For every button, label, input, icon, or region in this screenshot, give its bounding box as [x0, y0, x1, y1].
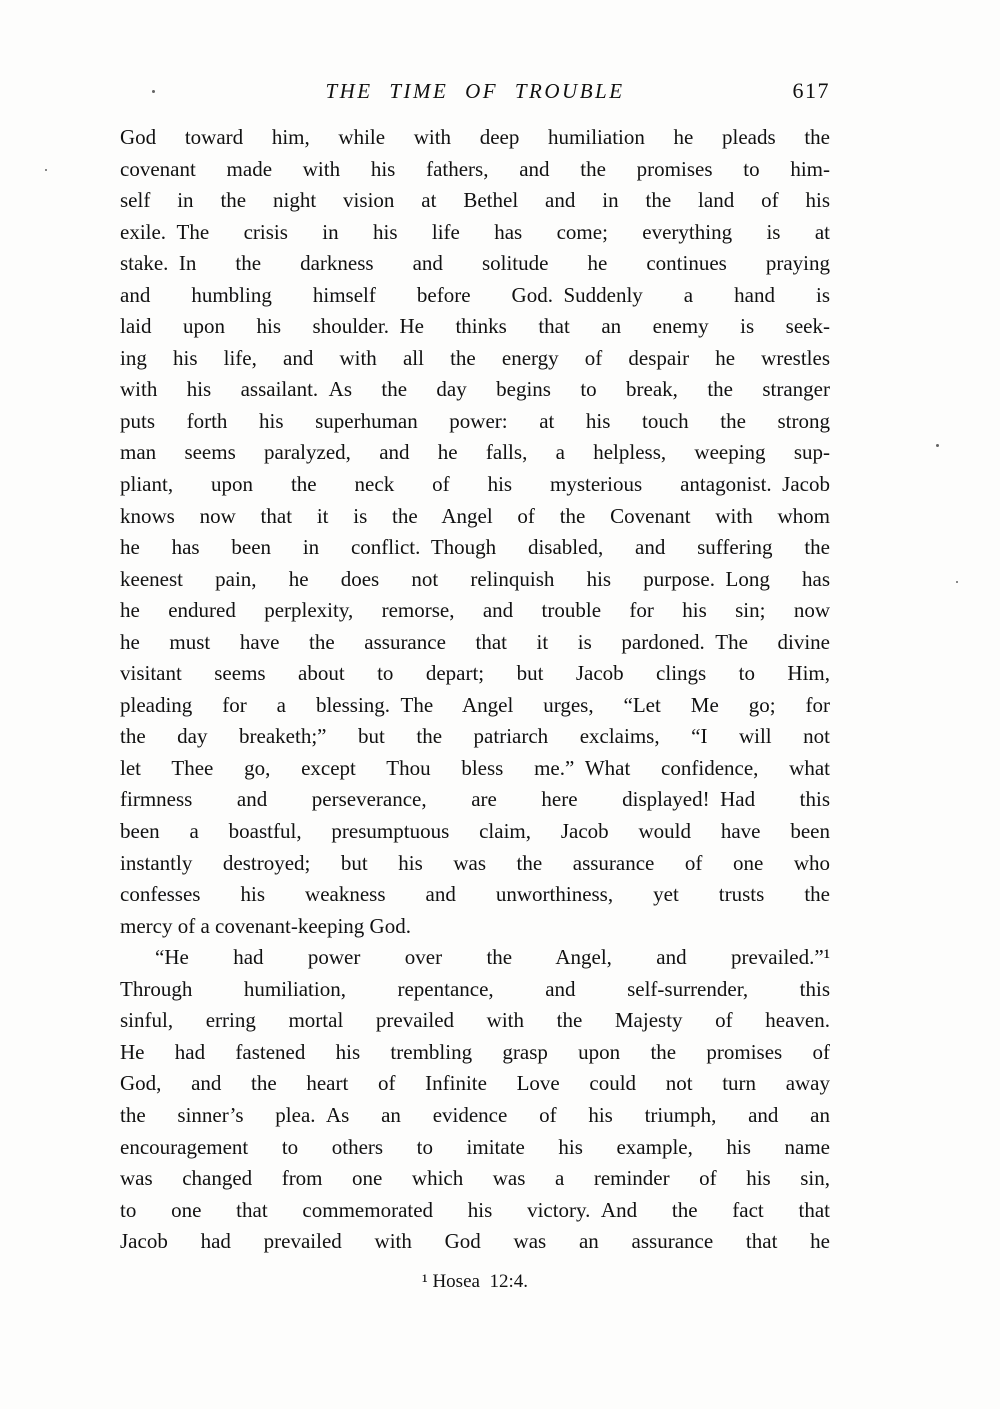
text-line: puts forth his superhuman power: at his … [120, 406, 830, 438]
text-line: Jacob had prevailed with God was an assu… [120, 1226, 830, 1258]
book-page: THE TIME OF TROUBLE 617 God toward him, … [0, 0, 1000, 1409]
scan-speck [45, 169, 47, 171]
scan-speck [152, 90, 155, 93]
text-line: he must have the assurance that it is pa… [120, 627, 830, 659]
text-line: to one that commemorated his victory. An… [120, 1195, 830, 1227]
page-number: 617 [793, 78, 831, 104]
text-line: pliant, upon the neck of his mysterious … [120, 469, 830, 501]
paragraph: God toward him, while with deep humiliat… [120, 122, 830, 942]
text-line: been a boastful, presumptuous claim, Jac… [120, 816, 830, 848]
text-line: firmness and perseverance, are here disp… [120, 784, 830, 816]
text-line: stake. In the darkness and solitude he c… [120, 248, 830, 280]
text-line: knows now that it is the Angel of the Co… [120, 501, 830, 533]
text-line: the sinner’s plea. As an evidence of his… [120, 1100, 830, 1132]
text-line: encouragement to others to imitate his e… [120, 1132, 830, 1164]
text-line: self in the night vision at Bethel and i… [120, 185, 830, 217]
text-line: was changed from one which was a reminde… [120, 1163, 830, 1195]
text-line: the day breaketh;” but the patriarch exc… [120, 721, 830, 753]
text-line: confesses his weakness and unworthiness,… [120, 879, 830, 911]
text-line: instantly destroyed; but his was the ass… [120, 848, 830, 880]
text-line: let Thee go, except Thou bless me.” What… [120, 753, 830, 785]
paragraph: “He had power over the Angel, and prevai… [120, 942, 830, 1257]
text-line: He had fastened his trembling grasp upon… [120, 1037, 830, 1069]
text-line: God toward him, while with deep humiliat… [120, 122, 830, 154]
footnote: ¹ Hosea 12:4. [120, 1271, 830, 1293]
text-line: keenest pain, he does not relinquish his… [120, 564, 830, 596]
text-line: and humbling himself before God. Suddenl… [120, 280, 830, 312]
chapter-title: THE TIME OF TROUBLE [120, 79, 830, 104]
scan-speck [936, 444, 939, 447]
text-line: covenant made with his fathers, and the … [120, 154, 830, 186]
scan-speck [956, 581, 958, 583]
text-line: laid upon his shoulder. He thinks that a… [120, 311, 830, 343]
text-line: mercy of a covenant-keeping God. [120, 911, 830, 943]
text-line: visitant seems about to depart; but Jaco… [120, 658, 830, 690]
running-header: THE TIME OF TROUBLE 617 [120, 79, 830, 105]
body-text: God toward him, while with deep humiliat… [120, 122, 830, 1258]
text-line: man seems paralyzed, and he falls, a hel… [120, 437, 830, 469]
text-line: sinful, erring mortal prevailed with the… [120, 1005, 830, 1037]
text-line: Through humiliation, repentance, and sel… [120, 974, 830, 1006]
text-line: ing his life, and with all the energy of… [120, 343, 830, 375]
text-line: he has been in conflict. Though disabled… [120, 532, 830, 564]
text-line: exile. The crisis in his life has come; … [120, 217, 830, 249]
text-line: God, and the heart of Infinite Love coul… [120, 1068, 830, 1100]
text-line: “He had power over the Angel, and prevai… [120, 942, 830, 974]
text-line: with his assailant. As the day begins to… [120, 374, 830, 406]
text-line: he endured perplexity, remorse, and trou… [120, 595, 830, 627]
text-line: pleading for a blessing. The Angel urges… [120, 690, 830, 722]
